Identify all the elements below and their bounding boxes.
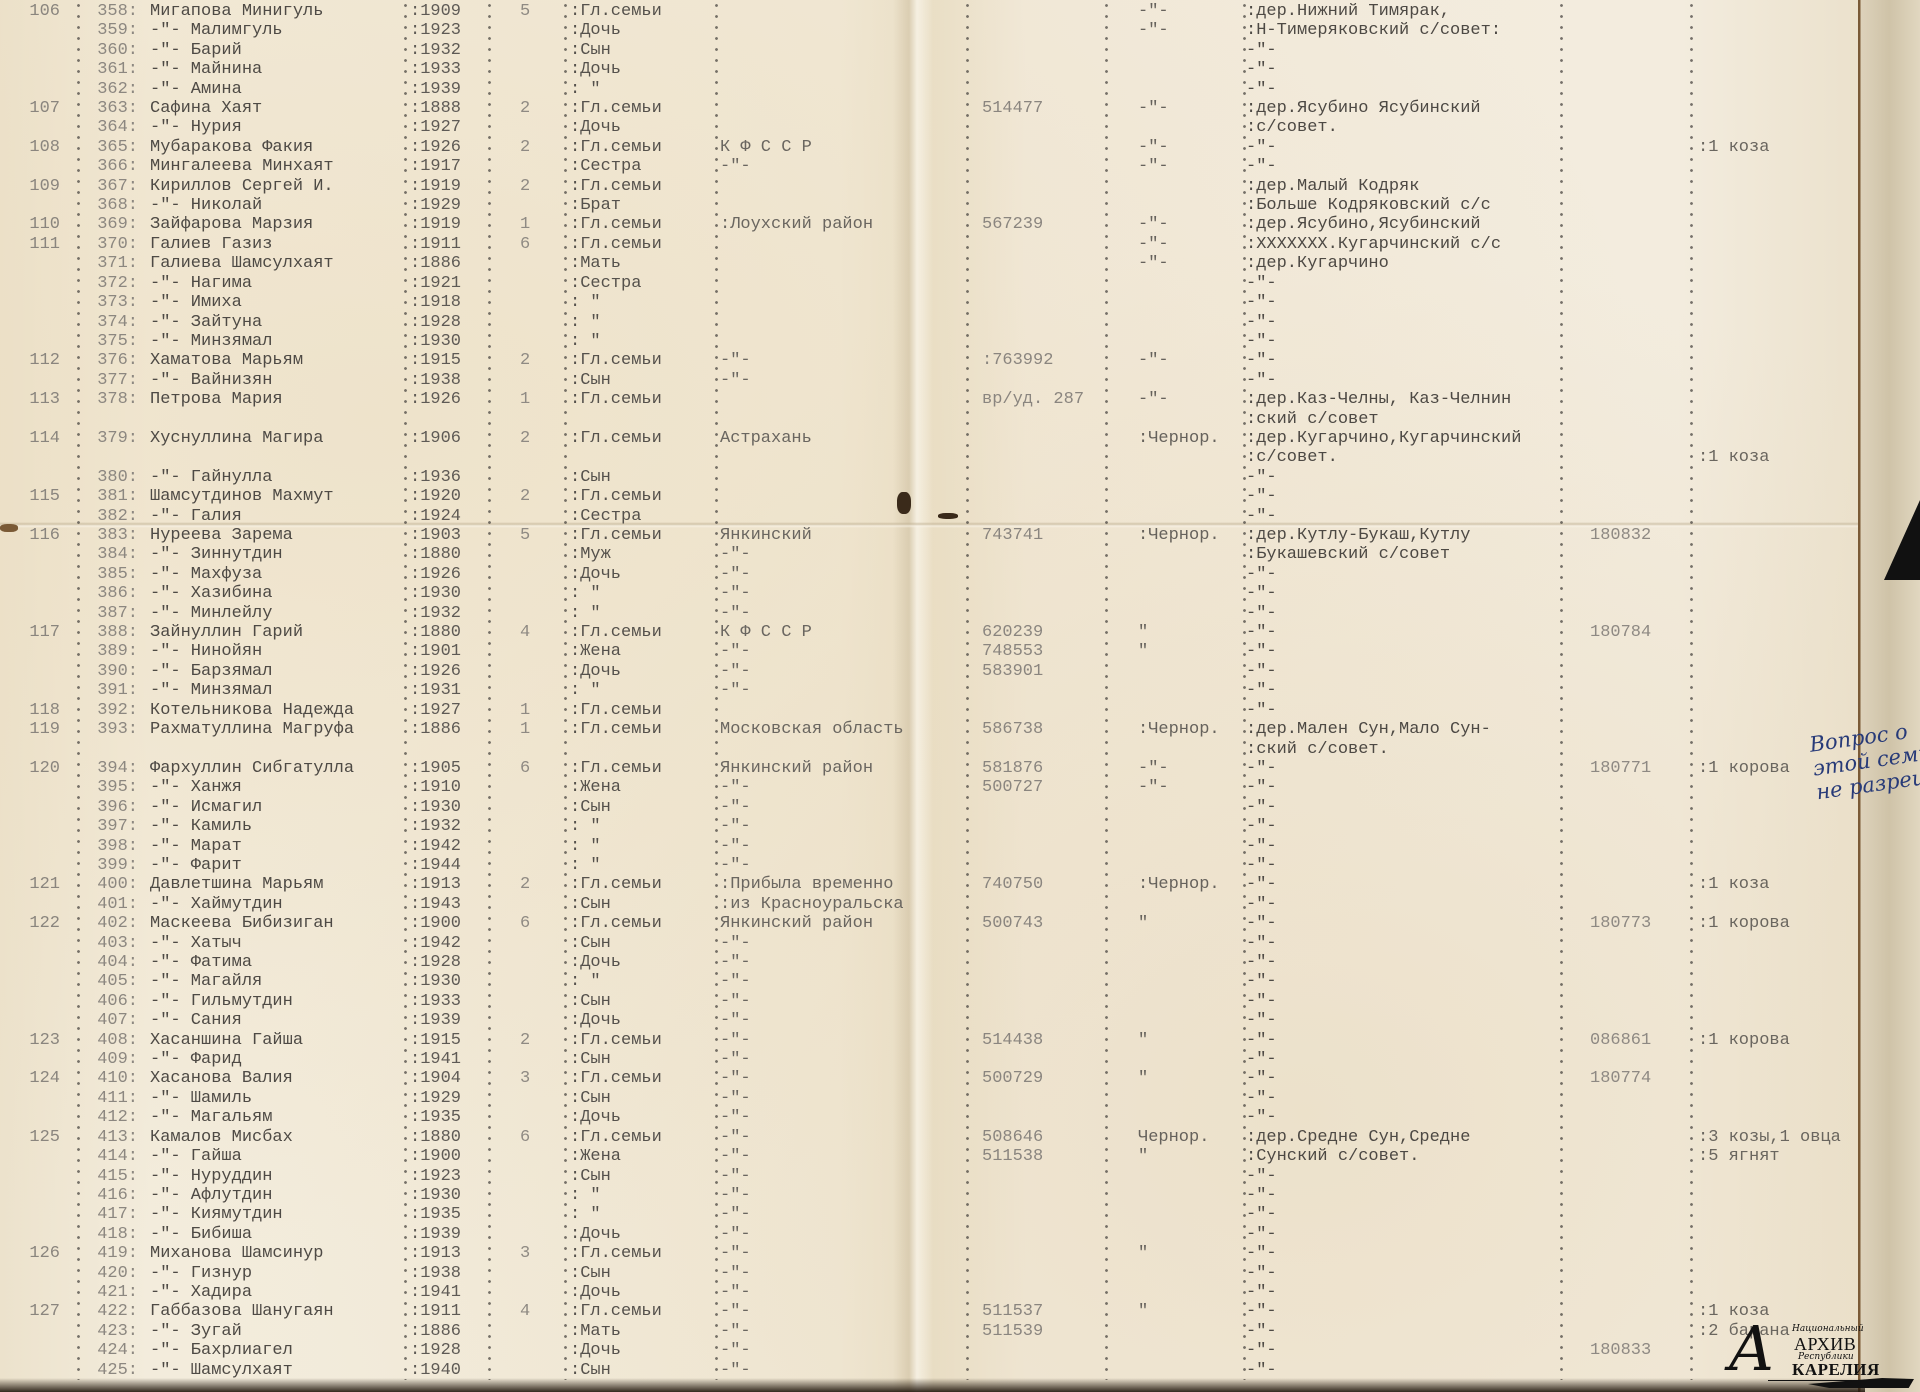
social-status: -"- (1138, 390, 1169, 410)
record-number: 386: (88, 584, 138, 604)
relation: :Сестра (570, 274, 641, 294)
document-number: 500727 (982, 778, 1043, 798)
family-size: 4 (520, 1302, 530, 1322)
address: :дер.Нижний Тимярак, (1246, 2, 1450, 22)
person-name: Кириллов Сергей И. (150, 177, 334, 197)
origin: -"- (720, 1011, 751, 1031)
record-number: 379: (88, 429, 138, 449)
relation: :Дочь (570, 1011, 621, 1031)
relation: : " (570, 332, 601, 352)
birth-year: :1903 (410, 526, 461, 546)
person-name: Сафина Хаят (150, 99, 262, 119)
family-size: 5 (520, 2, 530, 22)
record-number: 388: (88, 623, 138, 643)
table-row: 114379:Хуснуллина Магира:19062:Гл.семьиА… (0, 429, 1865, 449)
record-number: 384: (88, 545, 138, 565)
document-number: 586738 (982, 720, 1043, 740)
person-name: -"- Гайша (150, 1147, 242, 1167)
table-row: 423:-"- Зугай:1886:Мать-"-511539-"-:2 ба… (0, 1322, 1865, 1342)
table-row: 391:-"- Минзямал:1931: "-"--"- (0, 681, 1865, 701)
origin: :Прибыла временно (720, 875, 893, 895)
document-number: 500729 (982, 1069, 1043, 1089)
person-name: -"- Махфуза (150, 565, 262, 585)
birth-year: :1929 (410, 1089, 461, 1109)
table-row: 395:-"- Ханжя:1910:Жена-"-500727-"--"- (0, 778, 1865, 798)
record-number: 405: (88, 972, 138, 992)
person-name: -"- Хазибина (150, 584, 272, 604)
address: -"- (1246, 468, 1277, 488)
origin: -"- (720, 565, 751, 585)
record-number: 400: (88, 875, 138, 895)
record-number: 361: (88, 60, 138, 80)
family-size: 2 (520, 177, 530, 197)
table-row: 403:-"- Хатыч:1942:Сын-"--"- (0, 934, 1865, 954)
origin: -"- (720, 856, 751, 876)
record-number: 381: (88, 487, 138, 507)
person-name: -"- Хаймутдин (150, 895, 283, 915)
card-number: 180774 (1590, 1069, 1651, 1089)
address: -"- (1246, 953, 1277, 973)
record-number: 415: (88, 1167, 138, 1187)
origin: -"- (720, 953, 751, 973)
record-number: 392: (88, 701, 138, 721)
table-row: 398:-"- Марат:1942: "-"--"- (0, 837, 1865, 857)
birth-year: :1919 (410, 177, 461, 197)
relation: :Сын (570, 934, 611, 954)
table-row: 396:-"- Исмагил:1930:Сын-"--"- (0, 798, 1865, 818)
origin: -"- (720, 1244, 751, 1264)
origin: -"- (720, 545, 751, 565)
record-number: 398: (88, 837, 138, 857)
birth-year: :1932 (410, 604, 461, 624)
table-row: 389:-"- Нинойян:1901:Жена-"-748553"-"- (0, 642, 1865, 662)
table-row: 406:-"- Гильмутдин:1933:Сын-"--"- (0, 992, 1865, 1012)
table-row: 373:-"- Имиха:1918: "-"- (0, 293, 1865, 313)
family-size: 3 (520, 1244, 530, 1264)
livestock: :1 корова (1698, 759, 1790, 779)
origin: -"- (720, 1322, 751, 1342)
person-name: -"- Бахрлиагел (150, 1341, 293, 1361)
person-name: -"- Исмагил (150, 798, 262, 818)
record-number: 387: (88, 604, 138, 624)
person-name: -"- Марат (150, 837, 242, 857)
birth-year: :1926 (410, 390, 461, 410)
relation: :Гл.семьи (570, 215, 662, 235)
document-number: 567239 (982, 215, 1043, 235)
record-number: 360: (88, 41, 138, 61)
birth-year: :1926 (410, 565, 461, 585)
address: :дер.Мален Сун,Мало Сун- (1246, 720, 1491, 740)
birth-year: :1930 (410, 332, 461, 352)
social-status: -"- (1138, 778, 1169, 798)
table-row: 366:Мингалеева Минхаят:1917:Сестра-"--"-… (0, 157, 1865, 177)
origin: -"- (720, 584, 751, 604)
family-number: 106 (14, 2, 60, 22)
relation: :Гл.семьи (570, 1244, 662, 1264)
table-row: 123408:Хасаншина Гайша:19152:Гл.семьи-"-… (0, 1031, 1865, 1051)
document-number: 500743 (982, 914, 1043, 934)
record-number: 389: (88, 642, 138, 662)
document-number: 743741 (982, 526, 1043, 546)
table-row: 418:-"- Бибиша:1939:Дочь-"--"- (0, 1225, 1865, 1245)
record-number: 365: (88, 138, 138, 158)
birth-year: :1880 (410, 545, 461, 565)
address: -"- (1246, 856, 1277, 876)
relation: : " (570, 1205, 601, 1225)
table-row: 364:-"- Нурия:1927:Дочь:с/совет. (0, 118, 1865, 138)
family-size: 3 (520, 1069, 530, 1089)
person-name: -"- Нагима (150, 274, 252, 294)
person-name: -"- Фарит (150, 856, 242, 876)
record-number: 406: (88, 992, 138, 1012)
record-number: 413: (88, 1128, 138, 1148)
relation: : " (570, 293, 601, 313)
origin: -"- (720, 1050, 751, 1070)
social-status: :Чернор. (1138, 875, 1220, 895)
document-number: 583901 (982, 662, 1043, 682)
relation: :Дочь (570, 953, 621, 973)
address: :дер.Кугарчино (1246, 254, 1389, 274)
birth-year: :1913 (410, 875, 461, 895)
table-row: 115381:Шамсутдинов Махмут:19202:Гл.семьи… (0, 487, 1865, 507)
livestock: :1 корова (1698, 914, 1790, 934)
record-number: 408: (88, 1031, 138, 1051)
table-row: 397:-"- Камиль:1932: "-"--"- (0, 817, 1865, 837)
table-row: 416:-"- Афлутдин:1930: "-"--"- (0, 1186, 1865, 1206)
origin: -"- (720, 778, 751, 798)
person-name: Миханова Шамсинур (150, 1244, 323, 1264)
record-number: 391: (88, 681, 138, 701)
address: -"- (1246, 487, 1277, 507)
birth-year: :1906 (410, 429, 461, 449)
address: -"- (1246, 623, 1277, 643)
relation: :Гл.семьи (570, 2, 662, 22)
record-number: 399: (88, 856, 138, 876)
birth-year: :1880 (410, 623, 461, 643)
birth-year: :1911 (410, 235, 461, 255)
card-number: 180832 (1590, 526, 1651, 546)
family-number: 124 (14, 1069, 60, 1089)
family-number: 109 (14, 177, 60, 197)
social-status: -"- (1138, 351, 1169, 371)
document-number: 511539 (982, 1322, 1043, 1342)
family-size: 6 (520, 759, 530, 779)
social-status: " (1138, 1147, 1148, 1167)
birth-year: :1939 (410, 1225, 461, 1245)
birth-year: :1935 (410, 1205, 461, 1225)
person-name: -"- Хатыч (150, 934, 242, 954)
address: :ский с/совет (1246, 410, 1379, 430)
origin: Московская область (720, 720, 904, 740)
record-number: 403: (88, 934, 138, 954)
card-number: 180771 (1590, 759, 1651, 779)
family-number: 110 (14, 215, 60, 235)
address: -"- (1246, 1264, 1277, 1284)
family-number: 113 (14, 390, 60, 410)
origin: Янкинский район (720, 759, 873, 779)
birth-year: :1909 (410, 2, 461, 22)
social-status: " (1138, 1031, 1148, 1051)
address: -"- (1246, 1031, 1277, 1051)
card-number: 180784 (1590, 623, 1651, 643)
person-name: -"- Шамиль (150, 1089, 252, 1109)
record-number: 366: (88, 157, 138, 177)
record-number: 377: (88, 371, 138, 391)
relation: :Сын (570, 895, 611, 915)
table-row: 412:-"- Магальям:1935:Дочь-"--"- (0, 1108, 1865, 1128)
person-name: Мигапова Минигуль (150, 2, 323, 22)
record-number: 409: (88, 1050, 138, 1070)
document-number: вр/уд. 287 (982, 390, 1084, 410)
birth-year: :1932 (410, 41, 461, 61)
birth-year: :1928 (410, 1341, 461, 1361)
family-size: 2 (520, 138, 530, 158)
address: -"- (1246, 1283, 1277, 1303)
table-row: 385:-"- Махфуза:1926:Дочь-"--"- (0, 565, 1865, 585)
relation: :Гл.семьи (570, 526, 662, 546)
table-row: 126419:Миханова Шамсинур:19133:Гл.семьи-… (0, 1244, 1865, 1264)
relation: :Дочь (570, 1225, 621, 1245)
address: -"- (1246, 642, 1277, 662)
relation: : " (570, 80, 601, 100)
address: -"- (1246, 1244, 1277, 1264)
table-row: 390:-"- Барзямал:1926:Дочь-"-583901-"- (0, 662, 1865, 682)
social-status: :Чернор. (1138, 720, 1220, 740)
person-name: -"- Имиха (150, 293, 242, 313)
family-number: 111 (14, 235, 60, 255)
person-name: -"- Зайтуна (150, 313, 262, 333)
table-row: 382:-"- Галия:1924:Сестра-"- (0, 507, 1865, 527)
address: -"- (1246, 1225, 1277, 1245)
person-name: Хуснуллина Магира (150, 429, 323, 449)
social-status: -"- (1138, 2, 1169, 22)
relation: :Гл.семьи (570, 138, 662, 158)
person-name: -"- Зугай (150, 1322, 242, 1342)
family-size: 6 (520, 235, 530, 255)
address: -"- (1246, 934, 1277, 954)
record-number: 362: (88, 80, 138, 100)
record-number: 358: (88, 2, 138, 22)
relation: :Гл.семьи (570, 235, 662, 255)
table-row: 405:-"- Магайля:1930: "-"--"- (0, 972, 1865, 992)
origin: -"- (720, 662, 751, 682)
record-number: 375: (88, 332, 138, 352)
livestock: :1 коза (1698, 138, 1769, 158)
address: :Н-Тимеряковский с/совет: (1246, 21, 1501, 41)
relation: :Брат (570, 196, 621, 216)
relation: :Дочь (570, 662, 621, 682)
person-name: -"- Магальям (150, 1108, 272, 1128)
table-row: 380:-"- Гайнулла:1936:Сын-"- (0, 468, 1865, 488)
birth-year: :1913 (410, 1244, 461, 1264)
record-number: 411: (88, 1089, 138, 1109)
person-name: Шамсутдинов Махмут (150, 487, 334, 507)
birth-year: :1880 (410, 1128, 461, 1148)
origin: -"- (720, 1186, 751, 1206)
table-row: 110369:Зайфарова Марзия:19191:Гл.семьи:Л… (0, 215, 1865, 235)
address: :Сунский с/совет. (1246, 1147, 1419, 1167)
relation: :Сын (570, 1050, 611, 1070)
address: :дер.Каз-Челны, Каз-Челнин (1246, 390, 1511, 410)
relation: :Гл.семьи (570, 429, 662, 449)
birth-year: :1939 (410, 1011, 461, 1031)
address: :дер.Средне Сун,Средне (1246, 1128, 1470, 1148)
record-number: 393: (88, 720, 138, 740)
address: :с/совет. (1246, 118, 1338, 138)
table-row: 108365:Мубаракова Факия:19262:Гл.семьиК … (0, 138, 1865, 158)
birth-year: :1929 (410, 196, 461, 216)
address: -"- (1246, 972, 1277, 992)
table-row: 387:-"- Минлейлу:1932: "-"--"- (0, 604, 1865, 624)
birth-year: :1941 (410, 1283, 461, 1303)
relation: : " (570, 313, 601, 333)
origin: -"- (720, 1147, 751, 1167)
social-status: -"- (1138, 235, 1169, 255)
relation: :Дочь (570, 60, 621, 80)
document-number: :763992 (982, 351, 1053, 371)
address: :ский с/совет. (1246, 740, 1389, 760)
person-name: Галиев Газиз (150, 235, 272, 255)
table-row: 399:-"- Фарит:1944: "-"--"- (0, 856, 1865, 876)
table-row: 125413:Камалов Мисбах:18806:Гл.семьи-"-5… (0, 1128, 1865, 1148)
social-status: " (1138, 1244, 1148, 1264)
family-number: 121 (14, 875, 60, 895)
relation: :Мать (570, 1322, 621, 1342)
person-name: Мубаракова Факия (150, 138, 313, 158)
address: :дер.Ясубино,Ясубинский (1246, 215, 1481, 235)
relation: :Гл.семьи (570, 914, 662, 934)
origin: -"- (720, 1167, 751, 1187)
address: -"- (1246, 584, 1277, 604)
person-name: -"- Гильмутдин (150, 992, 293, 1012)
person-name: -"- Минлейлу (150, 604, 272, 624)
document-number: 748553 (982, 642, 1043, 662)
relation: :Гл.семьи (570, 701, 662, 721)
table-row: 362:-"- Амина:1939: "-"- (0, 80, 1865, 100)
address: :ХХХХХХХ.Кугарчинский с/с (1246, 235, 1501, 255)
record-number: 385: (88, 565, 138, 585)
person-name: Рахматуллина Магруфа (150, 720, 354, 740)
birth-year: :1931 (410, 681, 461, 701)
birth-year: :1918 (410, 293, 461, 313)
social-status: :Чернор. (1138, 526, 1220, 546)
social-status: -"- (1138, 254, 1169, 274)
birth-year: :1928 (410, 313, 461, 333)
social-status: -"- (1138, 138, 1169, 158)
record-number: 424: (88, 1341, 138, 1361)
family-size: 6 (520, 1128, 530, 1148)
family-number: 114 (14, 429, 60, 449)
birth-year: :1942 (410, 934, 461, 954)
person-name: -"- Сания (150, 1011, 242, 1031)
social-status: " (1138, 1069, 1148, 1089)
person-name: -"- Ханжя (150, 778, 242, 798)
record-number: 369: (88, 215, 138, 235)
person-name: -"- Зиннутдин (150, 545, 283, 565)
origin: Астрахань (720, 429, 812, 449)
address: :Букашевский с/совет (1246, 545, 1450, 565)
relation: : " (570, 837, 601, 857)
record-number: 416: (88, 1186, 138, 1206)
birth-year: :1904 (410, 1069, 461, 1089)
table-row: 106358:Мигапова Минигуль:19095:Гл.семьи-… (0, 2, 1865, 22)
origin: -"- (720, 1205, 751, 1225)
record-number: 363: (88, 99, 138, 119)
family-number: 107 (14, 99, 60, 119)
record-number: 401: (88, 895, 138, 915)
record-number: 372: (88, 274, 138, 294)
livestock: :5 ягнят (1698, 1147, 1780, 1167)
table-row: :ский с/совет (0, 410, 1865, 430)
address: -"- (1246, 1050, 1277, 1070)
birth-year: :1928 (410, 953, 461, 973)
person-name: Хасанова Валия (150, 1069, 293, 1089)
table-row: 409:-"- Фарид:1941:Сын-"--"- (0, 1050, 1865, 1070)
archive-watermark-logo: А Национальный АРХИВ Республики КАРЕЛИЯ (1728, 1318, 1914, 1384)
card-number: 180773 (1590, 914, 1651, 934)
person-name: -"- Гайнулла (150, 468, 272, 488)
logo-line-4: КАРЕЛИЯ (1792, 1360, 1880, 1380)
person-name: -"- Вайнизян (150, 371, 272, 391)
origin: -"- (720, 157, 751, 177)
family-number: 112 (14, 351, 60, 371)
address: -"- (1246, 60, 1277, 80)
birth-year: :1905 (410, 759, 461, 779)
relation: :Сестра (570, 157, 641, 177)
table-row: 124410:Хасанова Валия:19043:Гл.семьи-"-5… (0, 1069, 1865, 1089)
relation: :Дочь (570, 21, 621, 41)
origin: -"- (720, 1031, 751, 1051)
relation: :Дочь (570, 565, 621, 585)
family-size: 2 (520, 875, 530, 895)
relation: :Сын (570, 992, 611, 1012)
record-number: 422: (88, 1302, 138, 1322)
stacked-page-edges (1858, 0, 1920, 1392)
record-number: 373: (88, 293, 138, 313)
record-number: 374: (88, 313, 138, 333)
relation: : " (570, 856, 601, 876)
bottom-shadow (0, 1378, 1865, 1392)
origin: Янкинский район (720, 914, 873, 934)
table-row: 120394:Фархуллин Сибгатулла:19056:Гл.сем… (0, 759, 1865, 779)
relation: : " (570, 604, 601, 624)
person-name: -"- Барзямал (150, 662, 272, 682)
table-row: 420:-"- Гизнур:1938:Сын-"--"- (0, 1264, 1865, 1284)
address: -"- (1246, 1167, 1277, 1187)
address: -"- (1246, 1089, 1277, 1109)
social-status: Чернор. (1138, 1128, 1209, 1148)
birth-year: :1944 (410, 856, 461, 876)
address: -"- (1246, 992, 1277, 1012)
family-size: 1 (520, 215, 530, 235)
origin: -"- (720, 642, 751, 662)
origin: -"- (720, 1089, 751, 1109)
social-status: -"- (1138, 157, 1169, 177)
record-number: 371: (88, 254, 138, 274)
origin: :из Красноуральска (720, 895, 904, 915)
record-number: 410: (88, 1069, 138, 1089)
person-name: -"- Николай (150, 196, 262, 216)
birth-year: :1917 (410, 157, 461, 177)
person-name: -"- Минзямал (150, 332, 272, 352)
relation: :Сын (570, 41, 611, 61)
birth-year: :1921 (410, 274, 461, 294)
family-number: 127 (14, 1302, 60, 1322)
person-name: -"- Минзямал (150, 681, 272, 701)
birth-year: :1920 (410, 487, 461, 507)
record-number: 412: (88, 1108, 138, 1128)
relation: :Жена (570, 1147, 621, 1167)
